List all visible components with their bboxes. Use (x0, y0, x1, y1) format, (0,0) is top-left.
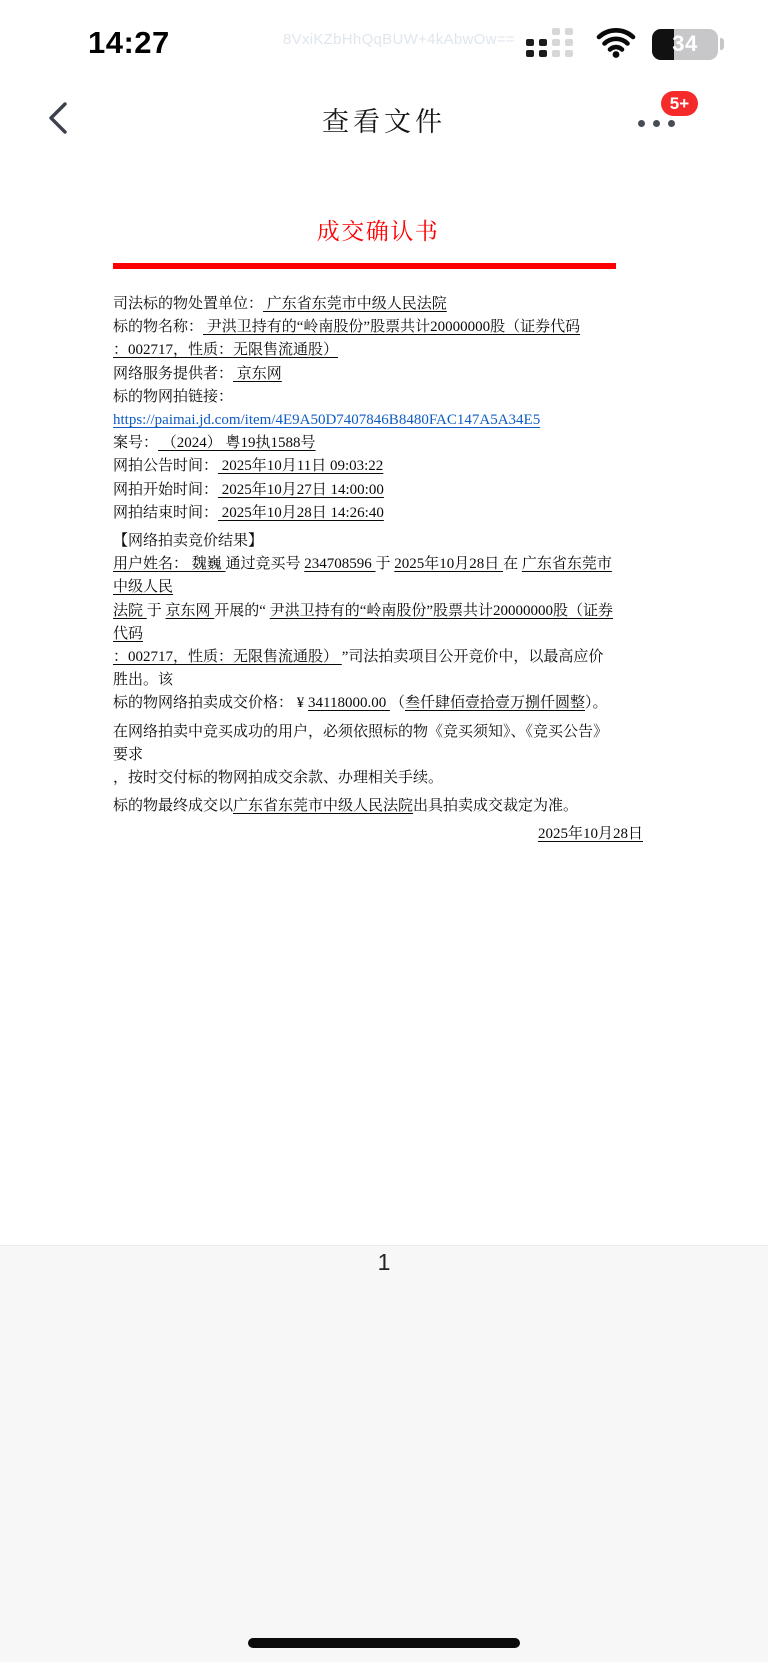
doc-text: ）。 (585, 695, 608, 711)
doc-text: ：002717，性质：无限售流通股） (113, 342, 338, 358)
doc-line: ：002717，性质：无限售流通股） (113, 339, 616, 362)
wifi-icon (595, 26, 637, 63)
doc-text: 234708596 (304, 556, 375, 572)
doc-text: （ (390, 695, 405, 711)
status-time: 14:27 (88, 25, 170, 61)
doc-line: 网拍公告时间： 2025年10月11日 09:03:22 (113, 455, 616, 478)
battery-icon: 34 (652, 29, 724, 60)
doc-text: 2025年10月28日 14:26:40 (218, 505, 384, 521)
auction-link[interactable]: https://paimai.jd.com/item/4E9A50D740784… (113, 412, 540, 428)
doc-text: 网络服务提供者： (113, 366, 233, 382)
doc-line: 在网络拍卖中竞买成功的用户，必须依照标的物《竞买须知》、《竞买公告》要求 (113, 721, 616, 767)
doc-text: 34118000.00 (308, 695, 390, 711)
doc-text: 叁仟肆佰壹拾壹万捌仟圆整 (405, 695, 585, 711)
doc-text: 通过竞买号 (226, 556, 305, 572)
doc-text: 标的物网络拍卖成交价格： ¥ (113, 695, 308, 711)
status-bar: 14:27 8VxiKZbHhQqBUW+4kAbwOw== (0, 0, 768, 80)
doc-line: 案号： （2024） 粤19执1588号 (113, 432, 616, 455)
doc-text: 2025年10月11日 09:03:22 (218, 458, 383, 474)
doc-text: 网拍结束时间： (113, 505, 218, 521)
doc-text: 在 (503, 556, 522, 572)
doc-line: 标的物网拍链接： https://paimai.jd.com/item/4E9A… (113, 386, 616, 432)
doc-text: 用户姓名： 魏巍 (113, 556, 226, 572)
doc-line: 司法标的物处置单位： 广东省东莞市中级人民法院 (113, 293, 616, 316)
notification-badge: 5+ (661, 91, 698, 116)
cellular-signal-icon (526, 26, 580, 63)
doc-text: ，按时交付标的物网拍成交余款、办理相关手续。 (113, 770, 443, 786)
doc-text: 标的物最终成交以 (113, 798, 233, 814)
nav-bar: 查看文件 5+ (0, 80, 768, 155)
doc-text: （2024） 粤19执1588号 (158, 435, 316, 451)
doc-text: 出具拍卖成交裁定为准。 (413, 798, 578, 814)
ellipsis-icon (638, 120, 675, 127)
doc-text: 法院 (113, 603, 147, 619)
doc-line: ，按时交付标的物网拍成交余款、办理相关手续。 (113, 767, 616, 790)
doc-text: 京东网 (166, 603, 215, 619)
doc-line: 用户姓名： 魏巍 通过竞买号 234708596 于 2025年10月28日 在… (113, 553, 616, 599)
page-footer: 1 (0, 1245, 768, 1662)
doc-text: 京东网 (233, 366, 282, 382)
doc-text: 2025年10月28日 (538, 826, 643, 842)
doc-line: 网拍开始时间： 2025年10月27日 14:00:00 (113, 479, 616, 502)
doc-text: 标的物网拍链接： (113, 389, 233, 405)
watermark-text: 8VxiKZbHhQqBUW+4kAbwOw== (283, 31, 515, 48)
doc-line: 网络服务提供者： 京东网 (113, 363, 616, 386)
doc-text: 在网络拍卖中竞买成功的用户，必须依照标的物《竞买须知》、《竞买公告》要求 (113, 724, 608, 763)
doc-text: 尹洪卫持有的“岭南股份”股票共计20000000股（证券代码 (203, 319, 580, 335)
doc-line: ：002717，性质：无限售流通股） ”司法拍卖项目公开竞价中，以最高应价胜出。… (113, 646, 616, 692)
document-title: 成交确认书 (113, 213, 643, 246)
doc-text: 2025年10月28日 (394, 556, 503, 572)
doc-text: 【网络拍卖竞价结果】 (113, 533, 263, 549)
doc-line: 标的物网络拍卖成交价格： ¥ 34118000.00 （叁仟肆佰壹拾壹万捌仟圆整… (113, 692, 616, 715)
red-divider (113, 263, 616, 269)
doc-line: 标的物名称： 尹洪卫持有的“岭南股份”股票共计20000000股（证券代码 (113, 316, 616, 339)
status-icons: 34 (526, 27, 724, 61)
doc-text: 案号： (113, 435, 158, 451)
doc-text: 2025年10月27日 14:00:00 (218, 482, 384, 498)
doc-line: 网拍结束时间： 2025年10月28日 14:26:40 (113, 502, 616, 525)
page-number: 1 (0, 1249, 768, 1276)
screen: 14:27 8VxiKZbHhQqBUW+4kAbwOw== (0, 0, 768, 1662)
battery-level: 34 (652, 29, 718, 60)
doc-text: 于 (147, 603, 166, 619)
doc-text: 广东省东莞市中级人民法院 (263, 296, 447, 312)
battery-cap (720, 38, 724, 50)
doc-line: 2025年10月28日 (113, 823, 643, 846)
doc-text: 开展的“ (214, 603, 269, 619)
doc-text: 标的物名称： (113, 319, 203, 335)
home-indicator[interactable] (248, 1638, 520, 1648)
doc-text: 广东省东莞市中级人民法院 (233, 798, 413, 814)
doc-text: 司法标的物处置单位： (113, 296, 263, 312)
doc-line: 标的物最终成交以广东省东莞市中级人民法院出具拍卖成交裁定为准。 (113, 795, 616, 818)
doc-line: 【网络拍卖竞价结果】 (113, 530, 616, 553)
document-page: 成交确认书 司法标的物处置单位： 广东省东莞市中级人民法院 标的物名称： 尹洪卫… (0, 155, 768, 1245)
doc-line: 法院 于 京东网 开展的“ 尹洪卫持有的“岭南股份”股票共计20000000股（… (113, 600, 616, 646)
doc-text: 于 (376, 556, 395, 572)
document-body: 司法标的物处置单位： 广东省东莞市中级人民法院 标的物名称： 尹洪卫持有的“岭南… (113, 293, 643, 847)
doc-text: 网拍公告时间： (113, 458, 218, 474)
doc-text: ：002717，性质：无限售流通股） (113, 649, 342, 665)
doc-text: 网拍开始时间： (113, 482, 218, 498)
